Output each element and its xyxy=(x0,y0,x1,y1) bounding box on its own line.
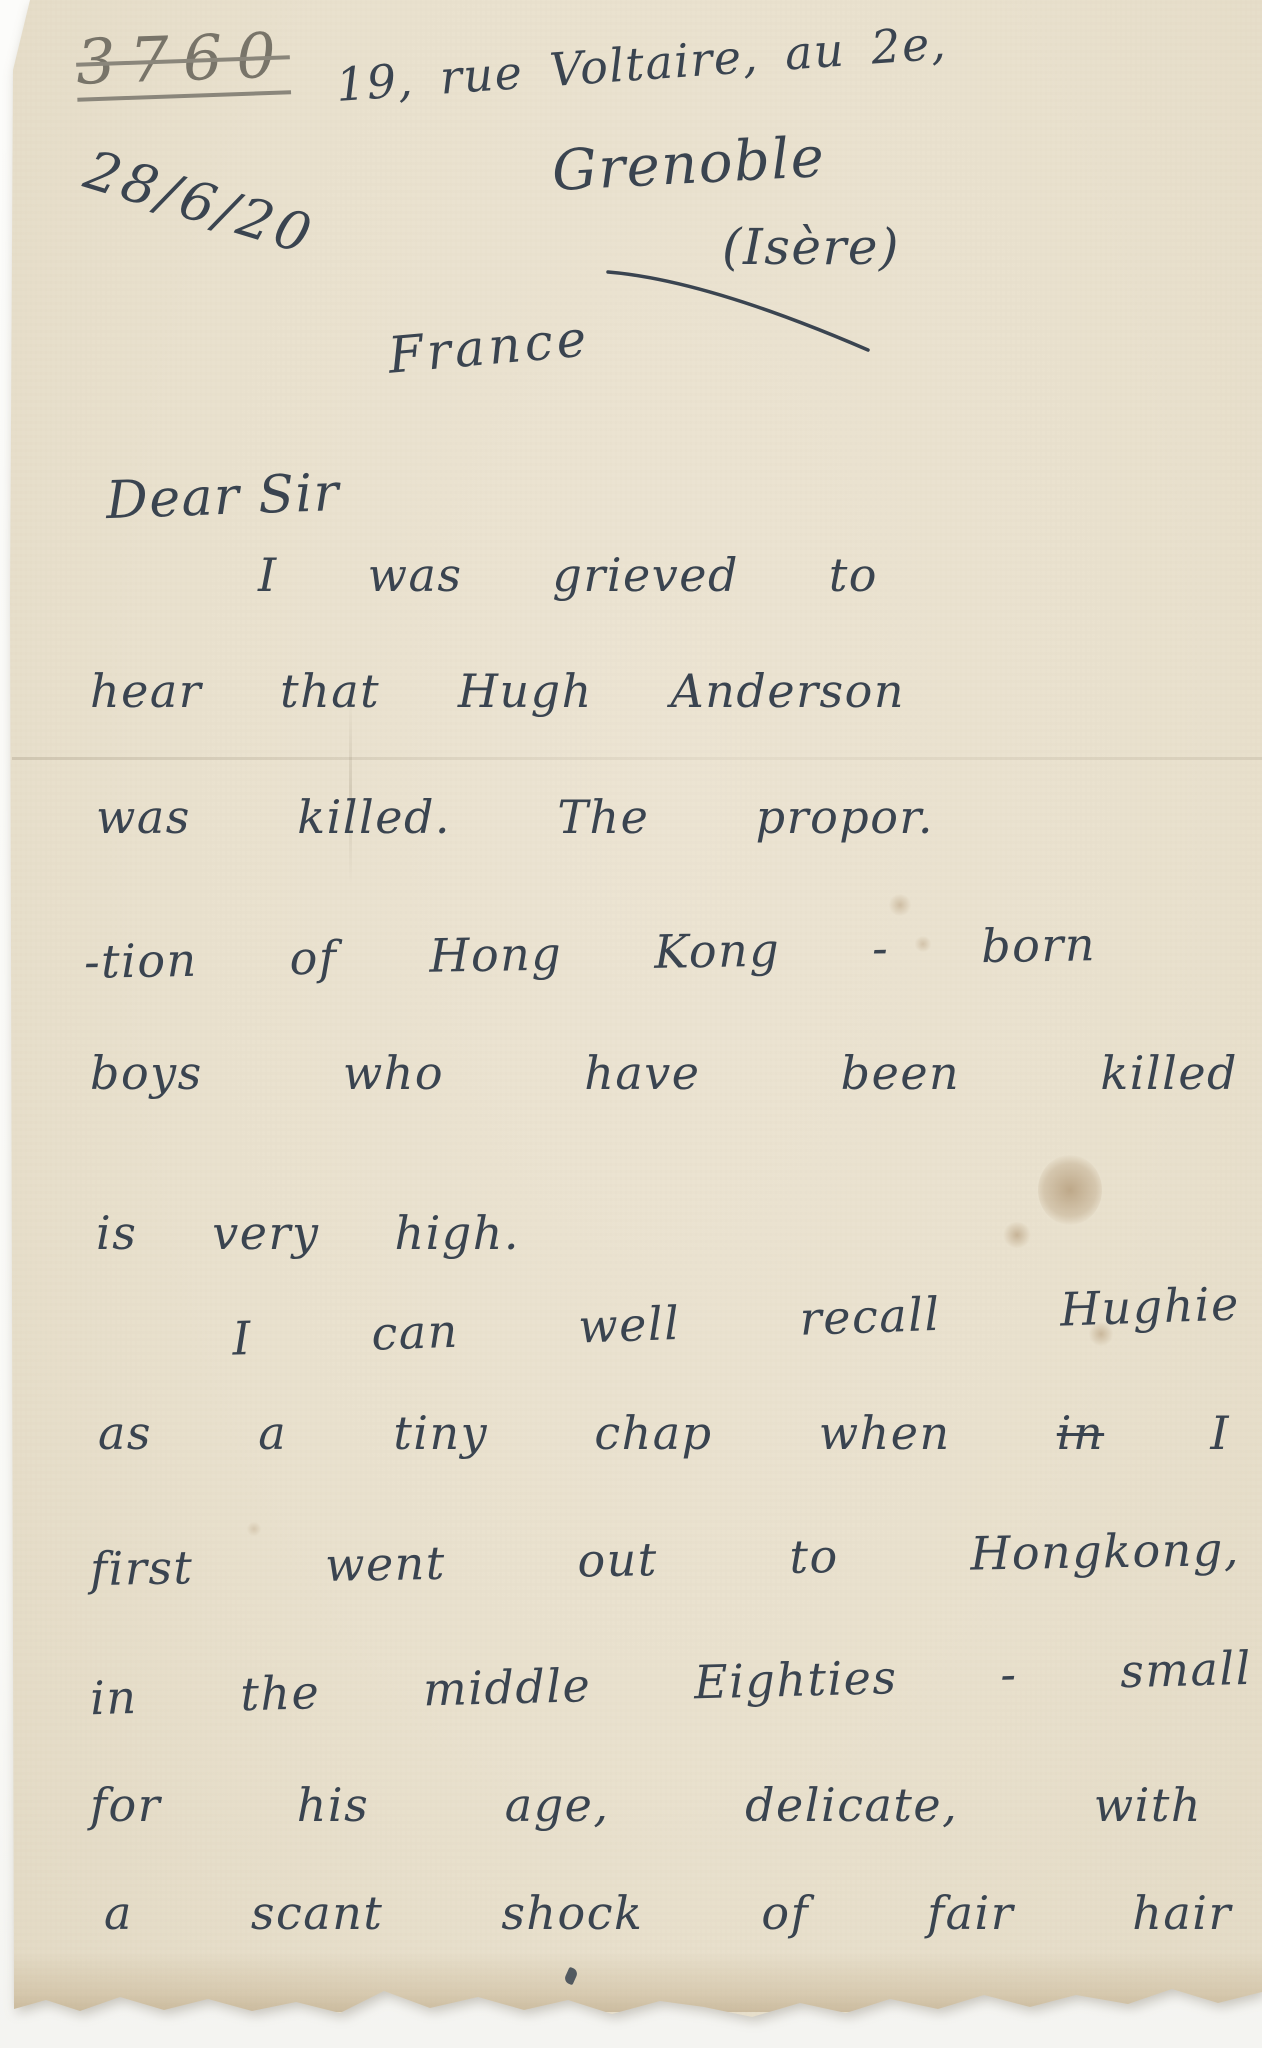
letter-line: was killed. The propor. xyxy=(96,790,934,845)
letter-line: I was grieved to xyxy=(258,548,878,603)
letter-page: 3760 28/6/20 19, rue Voltaire, au 2e, Gr… xyxy=(0,0,1262,2048)
paper-stain xyxy=(246,1522,262,1536)
line-text-before-strike: as a tiny chap when xyxy=(98,1406,951,1460)
address-department: (Isère) xyxy=(722,218,900,276)
paper-stain xyxy=(1038,1155,1102,1225)
letter-line: is very high. xyxy=(96,1206,520,1261)
paper-texture xyxy=(0,0,1262,2048)
paper-stain xyxy=(888,894,912,916)
line-text-after-strike: I xyxy=(1210,1406,1230,1460)
horizontal-fold-crease xyxy=(12,757,1262,760)
letter-page-wrap: 3760 28/6/20 19, rue Voltaire, au 2e, Gr… xyxy=(0,0,1262,2048)
paper-stain xyxy=(1002,1222,1032,1248)
torn-edge-fibers xyxy=(10,1952,1262,2012)
letter-line: a scant shock of fair hair xyxy=(104,1886,1232,1941)
salutation: Dear Sir xyxy=(105,462,341,533)
catalog-number: 3760 xyxy=(75,18,291,98)
letter-line: boys who have been killed xyxy=(90,1046,1238,1101)
letter-line: hear that Hugh Anderson xyxy=(90,664,905,719)
letter-line-with-strikethrough: as a tiny chap when in I xyxy=(98,1406,1230,1461)
struck-out-word: in xyxy=(1057,1406,1104,1460)
letter-line: for his age, delicate, with xyxy=(90,1778,1202,1833)
